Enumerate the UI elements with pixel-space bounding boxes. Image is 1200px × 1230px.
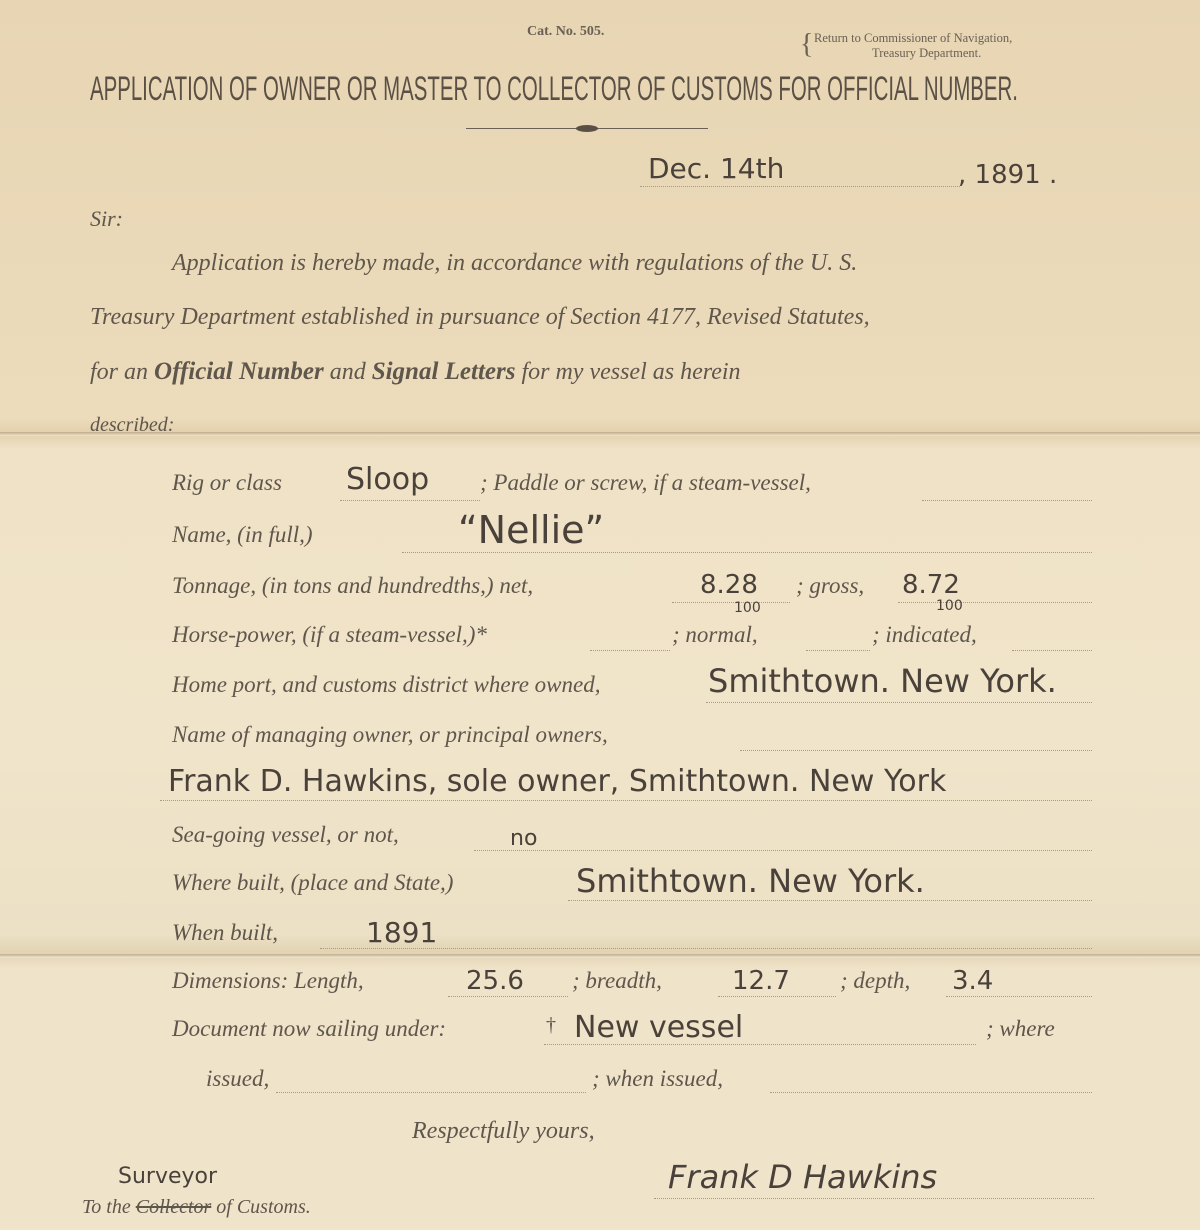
tonnage-net-line [672, 602, 790, 603]
ornament-divider [466, 126, 708, 132]
paddle-label: ; Paddle or screw, if a steam-vessel, [480, 470, 811, 496]
body-line-1: Application is hereby made, in accordanc… [172, 250, 857, 277]
depth-value: 3.4 [952, 966, 993, 996]
name-label: Name, (in full,) [172, 522, 313, 548]
horsepower-indicated-label: ; indicated, [872, 622, 977, 648]
struck-word: Collector [136, 1196, 212, 1218]
rig-value: Sloop [346, 462, 429, 497]
when-built-label: When built, [172, 920, 278, 946]
dagger-mark: † [546, 1014, 556, 1037]
when-built-value: 1891 [366, 916, 437, 949]
where-issued-line [276, 1092, 586, 1093]
breadth-label: ; breadth, [572, 968, 662, 994]
body-line-4: described: [90, 414, 174, 437]
to-the-text: To the [82, 1196, 131, 1218]
of-customs-text: of Customs. [216, 1196, 310, 1218]
body-line-2: Treasury Department established in pursu… [90, 304, 870, 331]
horsepower-normal-label: ; normal, [672, 622, 758, 648]
tonnage-net-denominator: 100 [734, 600, 761, 616]
rig-label: Rig or class [172, 470, 282, 496]
body-text: and [330, 359, 366, 385]
depth-label: ; depth, [840, 968, 910, 994]
document-value: New vessel [574, 1010, 743, 1045]
form-title: APPLICATION OF OWNER OR MASTER TO COLLEC… [90, 70, 1018, 109]
length-value: 25.6 [466, 966, 524, 996]
tonnage-gross-value: 8.72 [902, 570, 960, 600]
seagoing-value: no [510, 826, 537, 851]
home-port-label: Home port, and customs district where ow… [172, 672, 600, 698]
tonnage-net-value: 8.28 [700, 570, 758, 600]
signature-line [654, 1198, 1094, 1199]
addressee-line: To the Collector of Customs. [82, 1196, 311, 1219]
where-built-line [568, 900, 1092, 901]
home-port-line [706, 702, 1092, 703]
date-day: Dec. 14th [648, 152, 784, 185]
body-line-3: for an Official Number and Signal Letter… [90, 358, 741, 386]
horsepower-line [590, 650, 670, 651]
inserted-word: Surveyor [118, 1164, 217, 1189]
body-text: for my vessel as herein [521, 359, 740, 385]
depth-line [946, 996, 1092, 997]
where-issued-label-cont: issued, [206, 1066, 269, 1092]
paper-fold [0, 432, 1200, 436]
catalog-number: Cat. No. 505. [527, 24, 604, 40]
seagoing-label: Sea-going vessel, or not, [172, 822, 399, 848]
body-text: for an [90, 359, 148, 385]
paper-fold [0, 954, 1200, 958]
rig-line [340, 500, 480, 501]
length-line [448, 996, 568, 997]
when-issued-label: ; when issued, [592, 1066, 723, 1092]
horsepower-label: Horse-power, (if a steam-vessel,)* [172, 622, 487, 648]
signal-letters-phrase: Signal Letters [372, 358, 516, 385]
brace-icon: { [800, 31, 813, 59]
where-issued-label: ; where [986, 1016, 1055, 1042]
name-value: “Nellie” [458, 508, 604, 552]
tonnage-gross-line [898, 602, 1092, 603]
horsepower-normal-line [806, 650, 870, 651]
official-number-phrase: Official Number [154, 358, 324, 385]
seagoing-line [474, 850, 1092, 851]
owner-value-line [160, 800, 1092, 801]
horsepower-indicated-line [1012, 650, 1092, 651]
respectfully-yours: Respectfully yours, [412, 1118, 595, 1145]
owner-label: Name of managing owner, or principal own… [172, 722, 608, 748]
date-line [640, 186, 960, 187]
name-line [402, 552, 1092, 553]
where-built-value: Smithtown. New York. [576, 862, 925, 900]
paddle-line [922, 500, 1092, 501]
date-year: , 1891 . [958, 160, 1057, 190]
signature: Frank D Hawkins [668, 1158, 937, 1196]
return-line-1: Return to Commissioner of Navigation, [814, 31, 1012, 46]
owner-value: Frank D. Hawkins, sole owner, Smithtown.… [168, 764, 946, 799]
home-port-value: Smithtown. New York. [708, 662, 1057, 700]
breadth-line [718, 996, 836, 997]
document-label: Document now sailing under: [172, 1016, 446, 1042]
when-issued-line [770, 1092, 1092, 1093]
return-line-2: Treasury Department. [872, 46, 981, 61]
owner-label-line [740, 750, 1092, 751]
tonnage-gross-label: ; gross, [796, 573, 864, 599]
where-built-label: Where built, (place and State,) [172, 870, 453, 896]
dimensions-label: Dimensions: Length, [172, 968, 364, 994]
breadth-value: 12.7 [732, 966, 790, 996]
tonnage-gross-denominator: 100 [936, 598, 963, 614]
salutation: Sir: [90, 206, 123, 232]
tonnage-label: Tonnage, (in tons and hundredths,) net, [172, 573, 533, 599]
